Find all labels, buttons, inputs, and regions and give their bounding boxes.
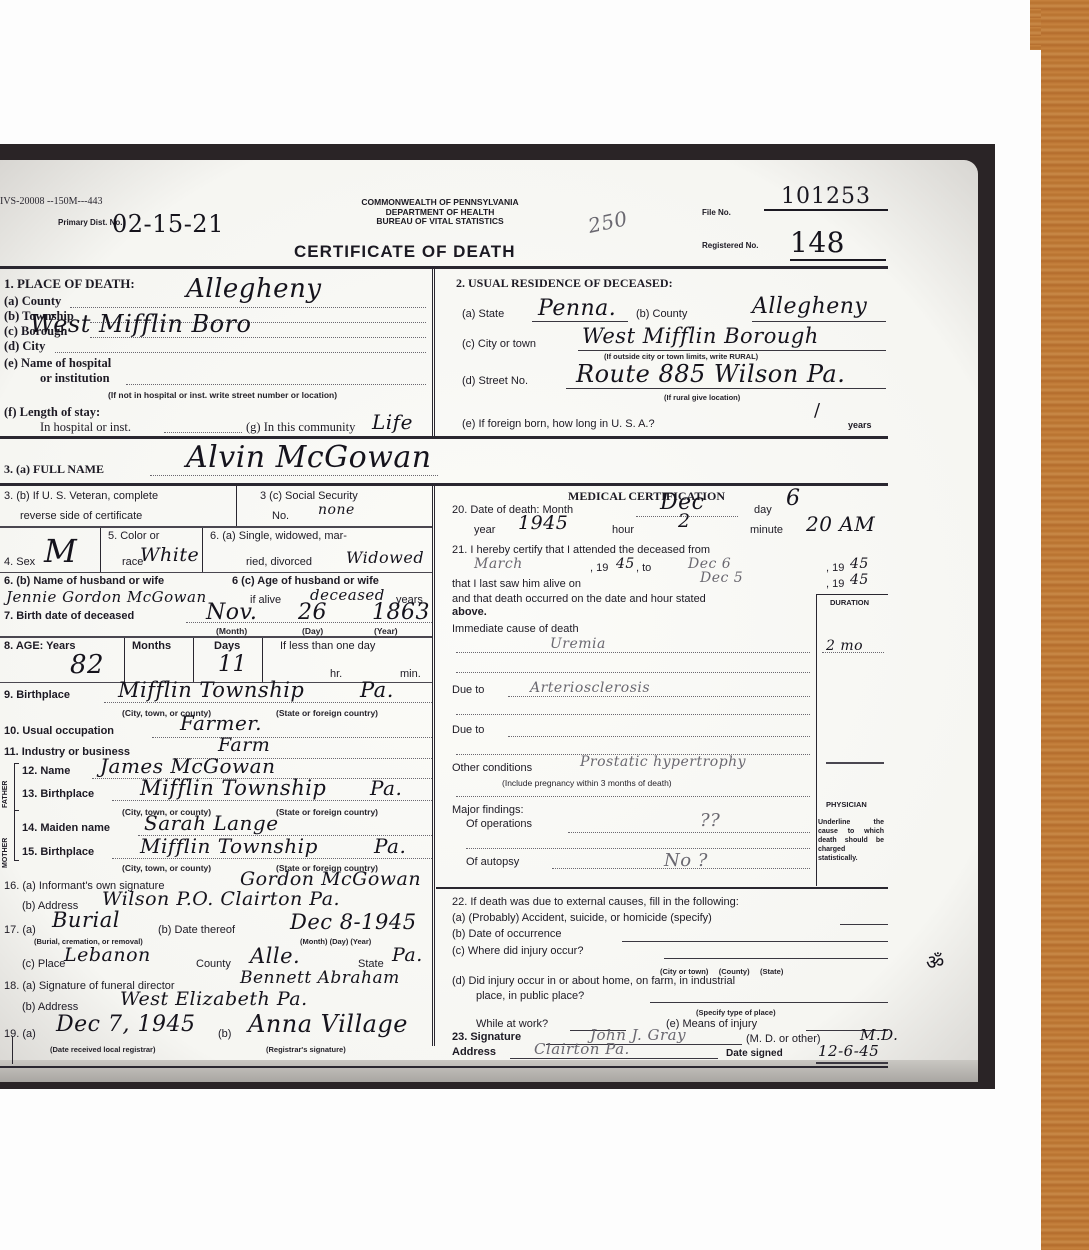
color-divider xyxy=(202,528,203,572)
last-saw-label: that I last saw him alive on xyxy=(452,578,581,590)
row-divider-veteran xyxy=(0,526,432,528)
other-conditions-label: Other conditions xyxy=(452,762,532,774)
row-divider-sex xyxy=(0,572,432,573)
street-label: (d) Street No. xyxy=(462,375,528,387)
physician-note: Underline the cause to which death shoul… xyxy=(818,818,884,863)
birthplace-line xyxy=(104,702,432,703)
signature-title-label: (M. D. or other) xyxy=(746,1033,821,1045)
spouse-value: Jennie Gordon McGowan xyxy=(6,588,207,606)
registrar-sig-value: Anna Village xyxy=(248,1010,408,1038)
attended-to-year-prefix: , 19 xyxy=(826,562,844,574)
attended-to-year: 45 xyxy=(850,556,869,572)
registrar-sig-label: (b) xyxy=(218,1028,231,1040)
stay-hospital-line xyxy=(164,432,242,433)
mother-birthplace-value: Mifflin Township xyxy=(140,834,318,858)
last-saw-year: 45 xyxy=(850,572,869,588)
section-divider-2 xyxy=(0,483,888,486)
external-d-caption: (Specify type of place) xyxy=(696,1008,776,1017)
due-to-line xyxy=(508,696,810,697)
due-to-label: Due to xyxy=(452,684,484,696)
full-name-label: 3. (a) FULL NAME xyxy=(4,462,104,477)
age-days-value: 11 xyxy=(218,652,247,677)
registered-no-label: Registered No. xyxy=(702,241,758,250)
immediate-cause-value: Uremia xyxy=(550,636,606,652)
county-line xyxy=(70,307,426,308)
immediate-cause-label: Immediate cause of death xyxy=(452,623,579,635)
death-year-label: year xyxy=(474,524,495,536)
external-d-label-2: place, in public place? xyxy=(476,990,584,1002)
margin-mark: ॐ xyxy=(926,948,945,975)
birth-year: 1863 xyxy=(372,600,430,625)
age-label: 8. AGE: Years xyxy=(4,640,76,652)
date-signed-label: Date signed xyxy=(726,1048,783,1059)
immediate-cause-line xyxy=(456,652,810,653)
cause-spacer-line-5 xyxy=(466,848,810,849)
section-divider-1 xyxy=(0,436,888,439)
physician-heading: PHYSICIAN xyxy=(826,800,867,809)
mother-side-label: MOTHER xyxy=(2,838,9,868)
hospital-label: (e) Name of hospital xyxy=(4,356,111,371)
full-name-line xyxy=(150,475,438,476)
burial-county-value: Alle. xyxy=(250,944,300,968)
operations-label: Of operations xyxy=(466,818,532,830)
state-line xyxy=(532,321,628,322)
attended-from-value: March xyxy=(474,556,523,572)
due-to-2-line xyxy=(508,736,810,737)
mother-birthplace-line xyxy=(112,858,432,859)
death-hour-value: 2 xyxy=(678,510,691,532)
cause-spacer-line-2 xyxy=(456,714,810,715)
birthplace-state-caption: (State or foreign country) xyxy=(276,708,378,718)
registrar-left-rule xyxy=(12,1036,13,1064)
burial-place-label: (c) Place xyxy=(22,958,65,970)
father-side-label: FATHER xyxy=(2,781,9,808)
father-state-caption: (State or foreign country) xyxy=(276,807,378,817)
burial-method-value: Burial xyxy=(52,908,120,932)
external-causes-divider xyxy=(436,887,888,889)
spouse-label: 6. (b) Name of husband or wife xyxy=(4,575,164,587)
full-name-value: Alvin McGowan xyxy=(186,440,432,475)
death-hour-label: hour xyxy=(612,524,634,536)
attended-from-year-prefix: , 19 xyxy=(590,562,608,574)
death-year-value: 1945 xyxy=(518,512,568,534)
mother-birthplace-label: 15. Birthplace xyxy=(22,846,94,858)
birthplace-state: Pa. xyxy=(360,678,394,702)
color-label: 5. Color or xyxy=(108,530,159,542)
external-b-line xyxy=(622,941,888,942)
county-label: (a) County xyxy=(4,294,61,309)
father-birthplace-line xyxy=(112,800,432,801)
veteran-divider xyxy=(236,486,237,526)
birth-date-label: 7. Birth date of deceased xyxy=(4,610,134,622)
external-heading: 22. If death was due to external causes,… xyxy=(452,896,739,908)
bottom-rule xyxy=(0,1066,888,1068)
attended-to-label: , to xyxy=(636,562,651,574)
state-value: Penna. xyxy=(538,296,616,321)
due-to-value: Arteriosclerosis xyxy=(530,680,650,696)
hr-label: hr. xyxy=(330,668,342,680)
certify-line-4: and that death occurred on the date and … xyxy=(452,593,706,605)
date-signed-value: 12-6-45 xyxy=(818,1042,879,1060)
residence-county-line xyxy=(752,321,886,322)
residence-city-value: West Mifflin Borough xyxy=(582,324,819,348)
residence-heading: 2. USUAL RESIDENCE OF DECEASED: xyxy=(456,276,673,291)
age-years-value: 82 xyxy=(70,650,104,680)
state-label: (a) State xyxy=(462,308,504,320)
external-c-line xyxy=(664,958,888,959)
registrar-sig-caption: (Registrar's signature) xyxy=(266,1045,346,1054)
header-divider xyxy=(0,266,888,269)
birthplace-value: Mifflin Township xyxy=(118,678,304,702)
section-divider-lower xyxy=(432,486,435,1046)
major-findings-label: Major findings: xyxy=(452,804,524,816)
external-a-label: (a) (Probably) Accident, suicide, or hom… xyxy=(452,912,712,924)
primary-dist-value: 02-15-21 xyxy=(112,210,224,238)
marital-value: Widowed xyxy=(346,548,424,567)
row-divider-birth xyxy=(0,636,432,638)
last-saw-value: Dec 5 xyxy=(700,570,743,586)
hospital-note: (If not in hospital or inst. write stree… xyxy=(108,390,337,400)
section-divider-upper xyxy=(432,269,435,437)
burial-place-value: Lebanon xyxy=(64,944,151,966)
informant-signature-value: Gordon McGowan xyxy=(240,868,421,890)
other-conditions-note: (Include pregnancy within 3 months of de… xyxy=(502,778,672,788)
min-label: min. xyxy=(400,668,421,680)
funeral-director-value: Bennett Abraham xyxy=(240,968,400,988)
document-title: CERTIFICATE OF DEATH xyxy=(294,242,515,262)
immediate-duration-value: 2 mo xyxy=(826,638,863,654)
external-d-line xyxy=(650,1002,888,1003)
street-value: Route 885 Wilson Pa. xyxy=(576,360,845,388)
cause-spacer-line-1 xyxy=(456,672,810,673)
birthplace-label: 9. Birthplace xyxy=(4,689,70,701)
certify-line-1: 21. I hereby certify that I attended the… xyxy=(452,544,710,556)
signature-address-line xyxy=(510,1058,718,1059)
while-at-work-label: While at work? xyxy=(476,1018,548,1030)
certify-line-5: above. xyxy=(452,606,487,618)
due-to-2-label: Due to xyxy=(452,724,484,736)
community-label: (g) In this community xyxy=(246,420,355,435)
age-days-label: Days xyxy=(214,640,240,652)
external-b-label: (b) Date of occurrence xyxy=(452,928,561,940)
ssn-no-label: No. xyxy=(272,510,289,522)
occupation-line xyxy=(152,737,432,738)
org-line-bureau: BUREAU OF VITAL STATISTICS xyxy=(300,217,580,227)
ssn-label: 3 (c) Social Security xyxy=(260,490,358,502)
ssn-value: none xyxy=(318,502,355,518)
sex-label: 4. Sex xyxy=(4,556,35,568)
sex-divider xyxy=(100,528,101,572)
cause-spacer-line-4 xyxy=(456,796,810,797)
mother-maiden-value: Sarah Lange xyxy=(144,811,279,835)
length-of-stay-label: (f) Length of stay: xyxy=(4,405,100,420)
attended-from-year: 45 xyxy=(616,556,635,572)
county-value: Allegheny xyxy=(186,274,322,304)
father-bracket xyxy=(14,763,19,811)
year-caption: (Year) xyxy=(374,626,398,636)
marital-label-2: ried, divorced xyxy=(246,556,312,568)
form-code: IVS-20008 --150M---443 xyxy=(0,196,103,207)
stay-hospital-label: In hospital or inst. xyxy=(40,420,131,435)
burial-state-value: Pa. xyxy=(392,944,423,966)
age-months-divider xyxy=(193,638,194,682)
hospital-label-2: or institution xyxy=(40,371,110,386)
city-label: (d) City xyxy=(4,339,45,354)
duration-underline xyxy=(826,762,884,764)
registrar-date-caption: (Date received local registrar) xyxy=(50,1045,155,1054)
residence-city-label: (c) City or town xyxy=(462,338,536,350)
less-than-day-label: If less than one day xyxy=(280,640,375,652)
death-day-label: day xyxy=(754,504,772,516)
father-name-value: James McGowan xyxy=(100,754,275,778)
primary-dist-label: Primary Dist. No. xyxy=(58,218,108,227)
external-c-label: (c) Where did injury occur? xyxy=(452,945,583,957)
community-value: Life xyxy=(372,410,413,434)
city-line xyxy=(55,352,426,353)
duration-label: DURATION xyxy=(830,598,869,607)
foreign-born-value: / xyxy=(814,400,821,421)
burial-date-caption: (Month) (Day) (Year) xyxy=(300,937,371,946)
month-caption: (Month) xyxy=(216,626,247,636)
veteran-label-2: reverse side of certificate xyxy=(20,510,142,522)
industry-value: Farm xyxy=(218,734,270,756)
burial-date-value: Dec 8-1945 xyxy=(290,910,417,934)
autopsy-label: Of autopsy xyxy=(466,856,519,868)
last-saw-year-prefix: , 19 xyxy=(826,578,844,590)
registrar-label: 19. (a) xyxy=(4,1028,36,1040)
operations-value: ?? xyxy=(700,810,720,831)
file-no-value: 101253 xyxy=(764,184,888,211)
foreign-born-unit: years xyxy=(848,420,872,430)
veteran-label: 3. (b) If U. S. Veteran, complete xyxy=(4,490,158,502)
father-birthplace-state: Pa. xyxy=(370,776,402,800)
death-minute-label: minute xyxy=(750,524,783,536)
color-value: White xyxy=(140,544,199,566)
issuing-authority: COMMONWEALTH OF PENNSYLVANIA DEPARTMENT … xyxy=(300,198,580,227)
informant-address-value: Wilson P.O. Clairton Pa. xyxy=(102,888,340,910)
operations-line xyxy=(568,832,810,833)
occupation-value: Farmer. xyxy=(180,711,262,735)
death-day-value: 6 xyxy=(786,486,801,511)
signature-address-label: Address xyxy=(452,1046,496,1058)
death-minute-value: 20 AM xyxy=(806,512,875,536)
date-signed-line xyxy=(816,1062,888,1064)
other-conditions-value: Prostatic hypertrophy xyxy=(580,754,746,770)
burial-date-label: (b) Date thereof xyxy=(158,924,235,936)
file-no-label: File No. xyxy=(702,208,731,217)
mother-city-caption: (City, town, or county) xyxy=(122,863,211,873)
place-of-death-heading: 1. PLACE OF DEATH: xyxy=(4,276,135,292)
age-days-divider xyxy=(262,638,263,682)
autopsy-value: No ? xyxy=(664,850,708,871)
burial-county-label: County xyxy=(196,958,231,970)
street-line xyxy=(566,388,886,389)
residence-county-value: Allegheny xyxy=(752,294,867,319)
registered-no-value: 148 xyxy=(790,226,886,261)
mother-bracket xyxy=(14,811,19,861)
funeral-address-value: West Elizabeth Pa. xyxy=(120,988,308,1010)
mother-birthplace-state: Pa. xyxy=(374,834,406,858)
signature-address-value: Clairton Pa. xyxy=(534,1040,630,1058)
external-a-line xyxy=(840,924,888,925)
birth-day: 26 xyxy=(298,600,327,625)
father-birthplace-value: Mifflin Township xyxy=(140,776,326,800)
residence-county-label: (b) County xyxy=(636,308,687,320)
burial-label: 17. (a) xyxy=(4,924,36,936)
sex-value: M xyxy=(44,532,77,570)
father-name-label: 12. Name xyxy=(22,765,70,777)
age-months-label: Months xyxy=(132,640,171,652)
birth-month: Nov. xyxy=(206,600,257,625)
day-caption: (Day) xyxy=(302,626,323,636)
age-years-divider xyxy=(124,638,125,682)
mother-maiden-label: 14. Maiden name xyxy=(22,822,110,834)
signature-label: 23. Signature xyxy=(452,1031,521,1043)
borough-value: West Mifflin Boro xyxy=(30,310,251,338)
wood-surface xyxy=(1041,0,1089,1250)
father-birthplace-label: 13. Birthplace xyxy=(22,788,94,800)
occupation-label: 10. Usual occupation xyxy=(4,725,114,737)
external-d-label: (d) Did injury occur in or about home, o… xyxy=(452,975,735,987)
residence-city-line xyxy=(578,350,886,351)
registrar-date-value: Dec 7, 1945 xyxy=(56,1012,195,1037)
hospital-line xyxy=(126,384,426,385)
foreign-born-label: (e) If foreign born, how long in U. S. A… xyxy=(462,418,655,430)
marital-label: 6. (a) Single, widowed, mar- xyxy=(210,530,347,542)
street-note: (If rural give location) xyxy=(664,393,740,402)
